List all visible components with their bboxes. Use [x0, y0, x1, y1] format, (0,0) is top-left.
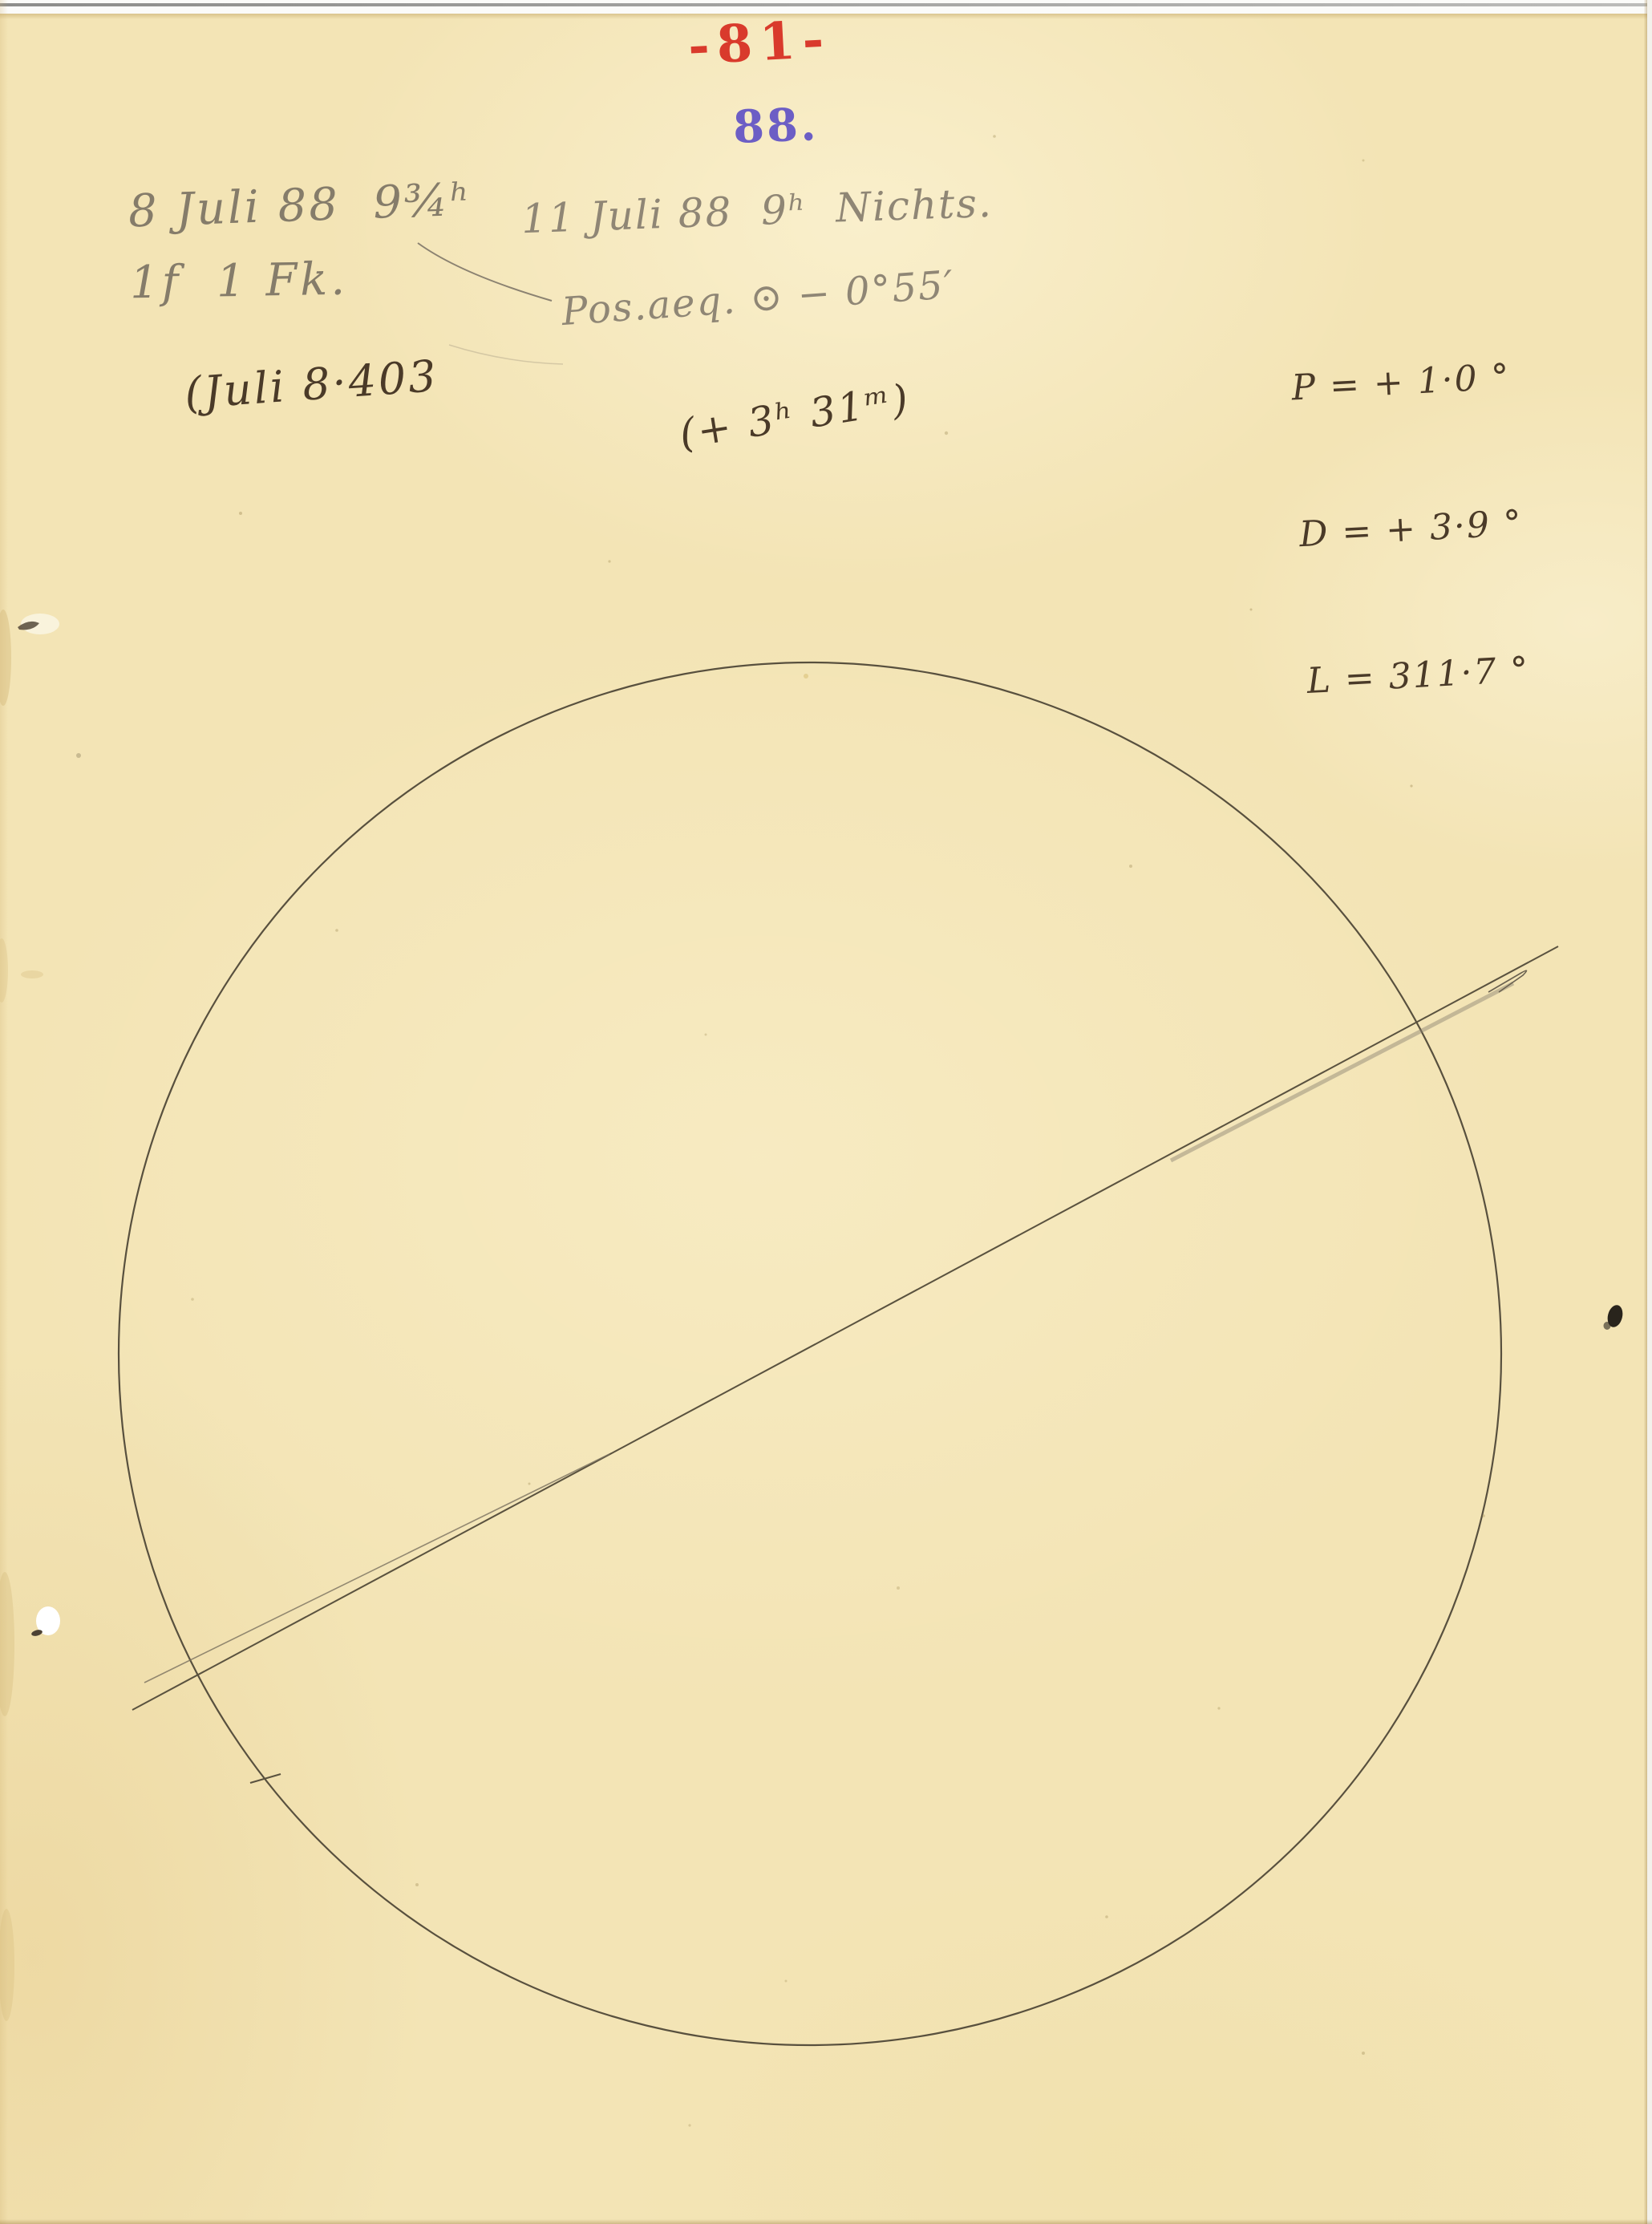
equator-line-second-stroke-lower-left [144, 1454, 609, 1683]
left-edge-stains [0, 610, 43, 2021]
connector-stroke [418, 243, 552, 301]
equator-line-broad-stroke-upper-right [1171, 983, 1513, 1161]
ink-blot-satellite [1604, 1322, 1611, 1330]
solar-disk-drawing [0, 0, 1652, 2224]
faint-scribble [449, 345, 563, 364]
limb-tick-mark [250, 1774, 281, 1783]
paper-speckles [76, 135, 1485, 2126]
solar-disk-circle [119, 662, 1501, 2045]
scanned-observation-sheet: -81- 88. 8 Juli 88 9¾ʰ 1f 1 Fk. 11 Juli … [0, 0, 1652, 2224]
equator-line [132, 946, 1558, 1710]
